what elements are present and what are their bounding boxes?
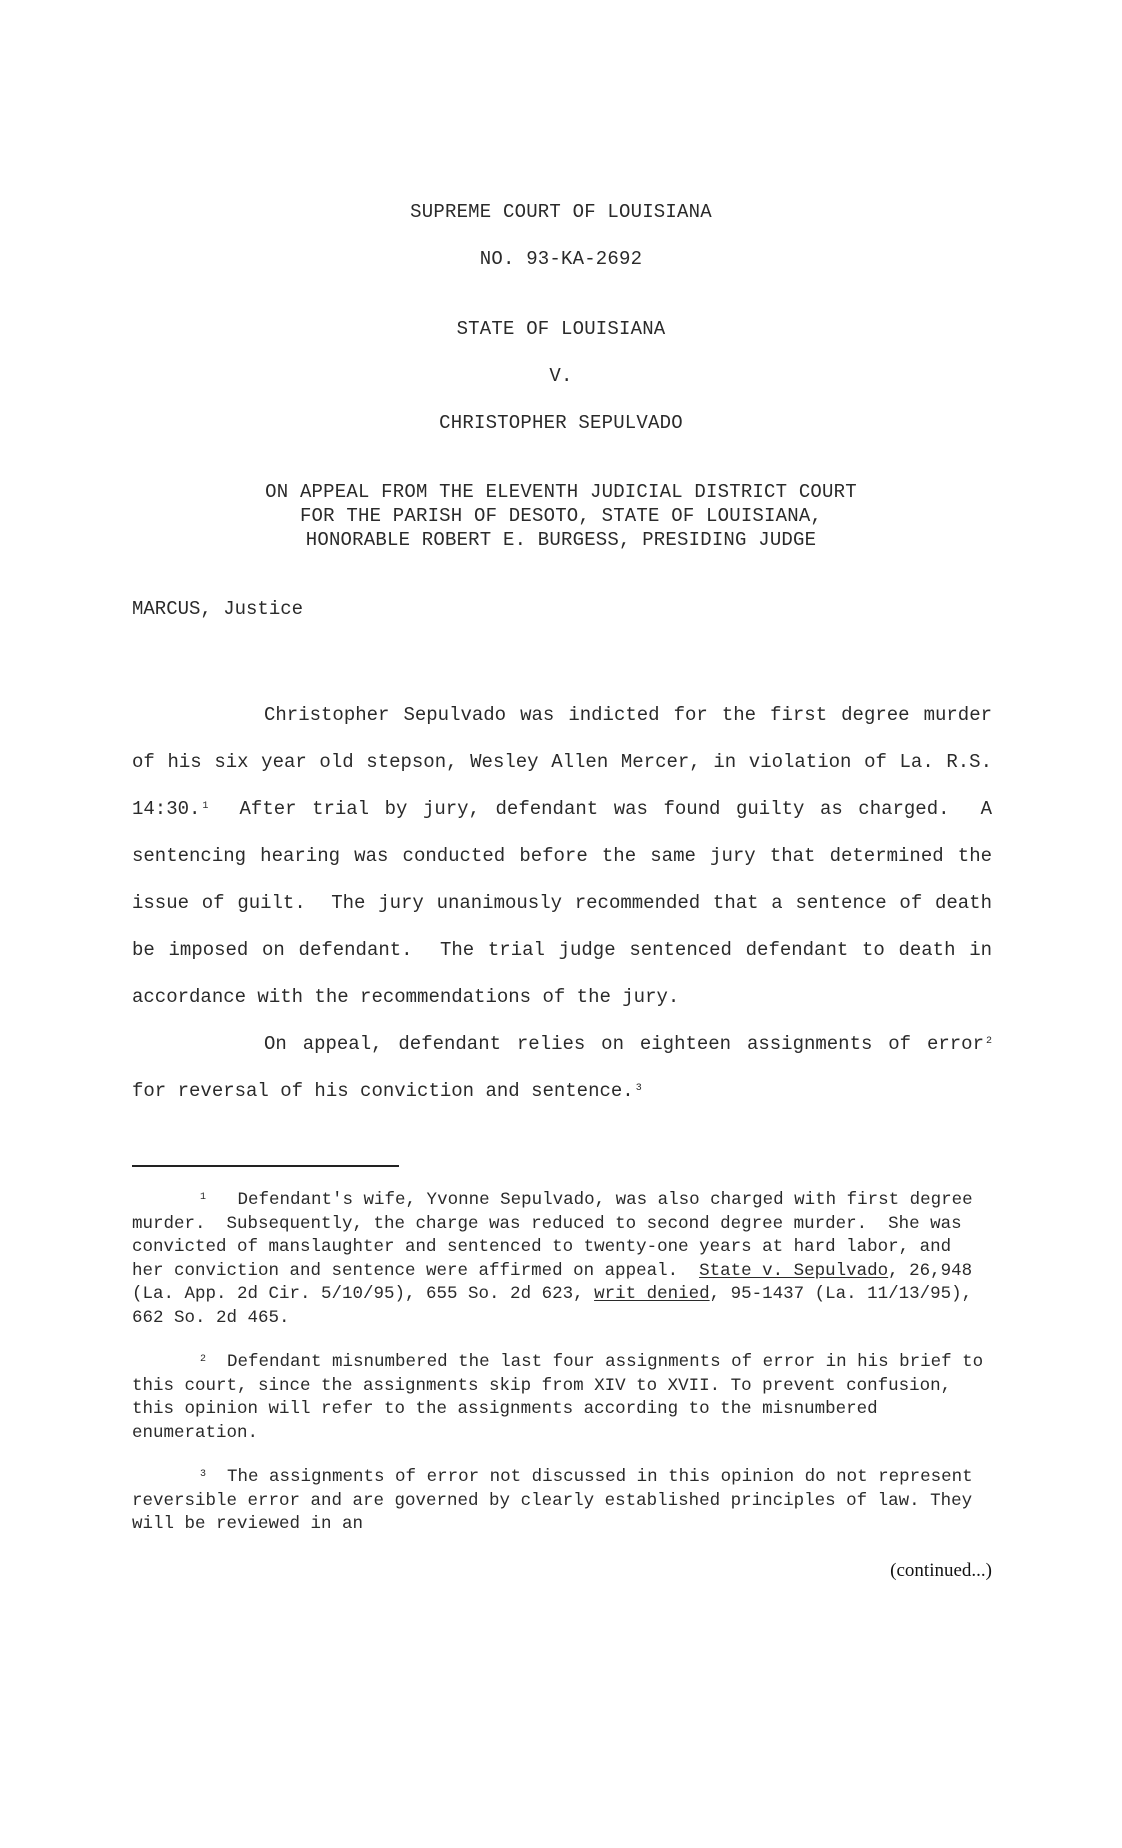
footnote-1: 1 Defendant's wife, Yvonne Sepulvado, wa…	[132, 1189, 992, 1330]
footnote-ref-1[interactable]: 1	[202, 801, 208, 812]
paragraph-2: On appeal, defendant relies on eighteen …	[132, 1021, 992, 1115]
continued-marker: (continued...)	[890, 1560, 992, 1582]
court-name: SUPREME COURT OF LOUISIANA	[0, 201, 1122, 223]
footnote-3: 3 The assignments of error not discussed…	[132, 1466, 992, 1537]
plaintiff: STATE OF LOUISIANA	[0, 318, 1122, 340]
footnote-number-3: 3	[200, 1469, 206, 1480]
footnotes: 1 Defendant's wife, Yvonne Sepulvado, wa…	[132, 1189, 992, 1558]
paragraph-2-text-b: for reversal of his conviction and sente…	[132, 1080, 634, 1102]
appeal-line-3: HONORABLE ROBERT E. BURGESS, PRESIDING J…	[0, 529, 1122, 551]
docket-number: NO. 93-KA-2692	[0, 248, 1122, 270]
footnote-2-text: Defendant misnumbered the last four assi…	[132, 1352, 983, 1443]
paragraph-1-text-b: After trial by jury, defendant was found…	[132, 798, 1003, 1008]
appeal-line-1: ON APPEAL FROM THE ELEVENTH JUDICIAL DIS…	[0, 481, 1122, 503]
footnote-2: 2 Defendant misnumbered the last four as…	[132, 1351, 992, 1445]
footnote-separator	[132, 1165, 399, 1167]
footnote-ref-2[interactable]: 2	[986, 1036, 992, 1047]
footnote-number-2: 2	[200, 1354, 206, 1365]
case-citation-state-v-sepulvado: State v. Sepulvado	[699, 1261, 888, 1281]
paragraph-1: Christopher Sepulvado was indicted for t…	[132, 692, 992, 1021]
defendant: CHRISTOPHER SEPULVADO	[0, 412, 1122, 434]
footnote-number-1: 1	[200, 1192, 206, 1203]
paragraph-2-text-a: On appeal, defendant relies on eighteen …	[264, 1033, 984, 1055]
opinion-author: MARCUS, Justice	[132, 598, 303, 620]
footnote-ref-3[interactable]: 3	[636, 1083, 642, 1094]
opinion-body: Christopher Sepulvado was indicted for t…	[132, 692, 992, 1115]
footnote-3-text: The assignments of error not discussed i…	[132, 1467, 973, 1534]
versus: V.	[0, 365, 1122, 387]
appeal-line-2: FOR THE PARISH OF DESOTO, STATE OF LOUIS…	[0, 505, 1122, 527]
citation-writ-denied: writ denied	[594, 1284, 710, 1304]
